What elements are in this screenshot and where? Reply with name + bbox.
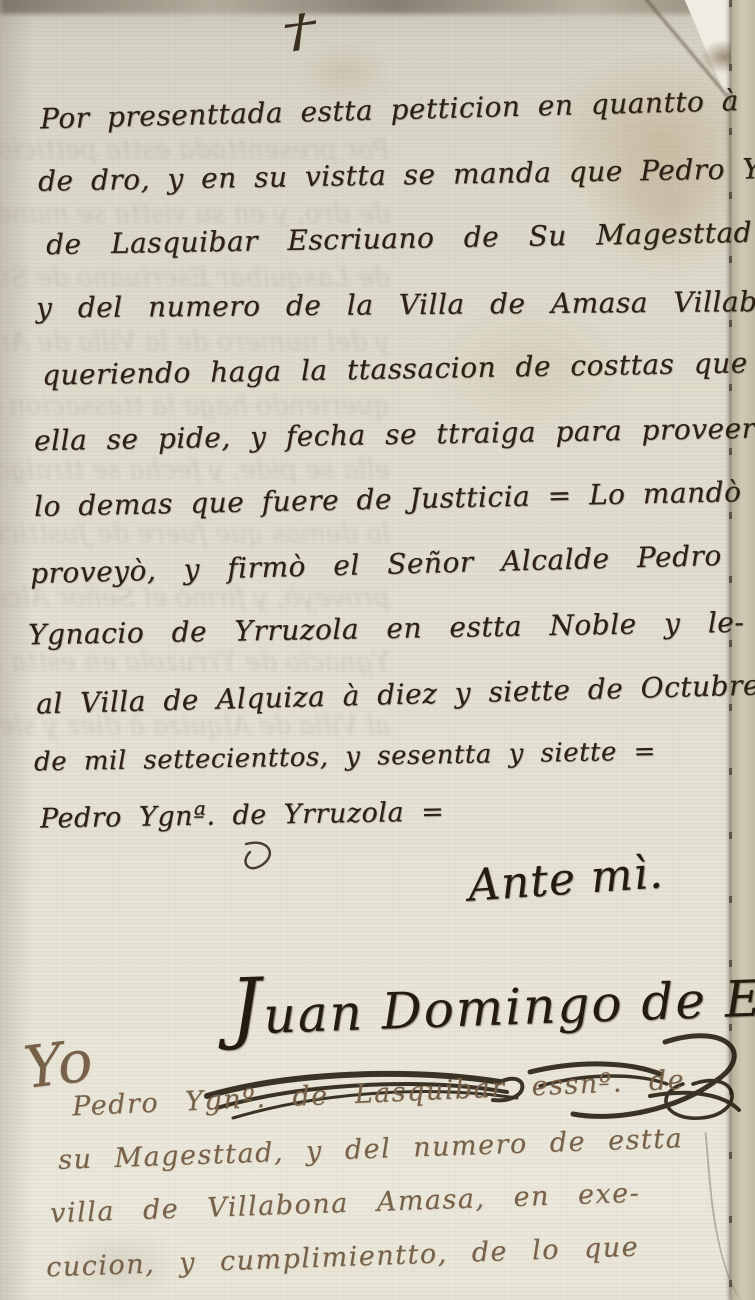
manuscript-page: Por presenttada estta petticion en quant… (0, 0, 755, 1300)
alcalde-signature-line: Pedro Ygnª. de Yrruzola = (40, 796, 445, 834)
decree-line-3: de Lasquibar Escriuano de Su Magesttad (46, 216, 753, 261)
decree-line-2: de dro, y en su vistta se manda que Pedr… (38, 151, 755, 198)
decree-line-5: queriendo haga la ttassacion de costtas … (42, 345, 755, 391)
invocation-cross-icon: † (278, 4, 320, 59)
certification-line-4: cucion, y cumplimientto, de lo que (46, 1232, 640, 1284)
decree-line-4: y del numero de la Villa de Amasa Villab… (36, 285, 755, 325)
decree-line-1: Por presenttada estta petticion en quant… (40, 82, 755, 136)
decree-line-11: de mil settecienttos, y sesentta y siett… (34, 737, 656, 778)
decree-line-9: Ygnacio de Yrruzola en estta Noble y le- (28, 606, 745, 651)
bottom-page-curl (704, 1128, 755, 1300)
certification-line-3: villa de Villabona Amasa, en exe- (50, 1178, 641, 1230)
decree-line-10: al Villa de Alquiza à diez y siette de O… (36, 669, 755, 721)
ante-mi-attestation: Ante mì. (466, 847, 665, 912)
decree-line-8: proveyò, y firmò el Señor Alcalde Pedro (30, 539, 722, 590)
top-edge-smudge (0, 0, 755, 14)
decree-line-6: ella se pide, y fecha se ttraiga para pr… (34, 412, 755, 458)
alcalde-rubric-flourish (238, 838, 282, 878)
decree-line-7: lo demas que fuere de Justticia = Lo man… (34, 474, 755, 523)
